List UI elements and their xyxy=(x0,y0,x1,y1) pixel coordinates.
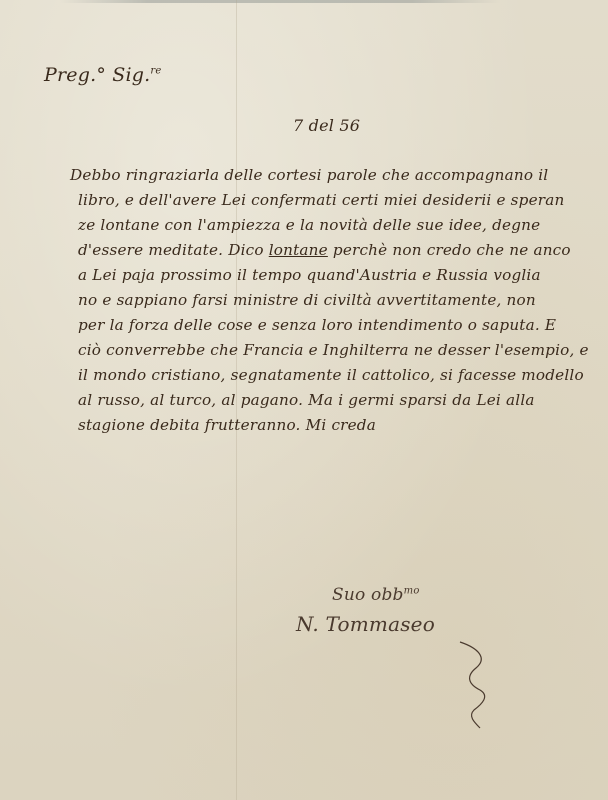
body-line-11: stagione debita frutteranno. Mi creda xyxy=(78,416,376,434)
closing-superscript: mo xyxy=(404,585,420,596)
salutation-text: Preg.° Sig. xyxy=(44,64,150,86)
body-line-9: il mondo cristiano, segnatamente il catt… xyxy=(78,366,584,384)
body-line-6: no e sappiano farsi ministre di civiltà … xyxy=(78,291,536,309)
letter-page: Preg.° Sig.re 7 del 56 Debbo ringraziarl… xyxy=(0,0,608,800)
signature-flourish-icon xyxy=(458,640,498,730)
closing-text: Suo obb xyxy=(332,585,404,605)
body-line-5: a Lei paja prossimo il tempo quand'Austr… xyxy=(78,266,541,284)
body-line-7: per la forza delle cose e senza loro int… xyxy=(78,316,556,334)
closing: Suo obbmo xyxy=(332,585,420,605)
salutation-superscript: re xyxy=(150,66,161,77)
body-line-4-end: perchè non credo che ne anco xyxy=(333,241,571,259)
body-line-3: ze lontane con l'ampiezza e la novità de… xyxy=(78,216,540,234)
body-line-4-start: d'essere meditate. Dico xyxy=(78,241,264,259)
body-line-10: al russo, al turco, al pagano. Ma i germ… xyxy=(78,391,535,409)
paper-top-edge xyxy=(60,0,500,3)
salutation: Preg.° Sig.re xyxy=(44,64,161,86)
letter-date: 7 del 56 xyxy=(293,116,360,135)
body-line-8: ciò converrebbe che Francia e Inghilterr… xyxy=(78,341,589,359)
underlined-word-lontane: lontane xyxy=(269,241,328,259)
body-line-4: d'essere meditate. Dico lontane perchè n… xyxy=(78,241,571,259)
signature: N. Tommaseo xyxy=(296,612,435,636)
body-line-2: libro, e dell'avere Lei confermati certi… xyxy=(78,191,564,209)
body-line-1: Debbo ringraziarla delle cortesi parole … xyxy=(70,166,548,184)
